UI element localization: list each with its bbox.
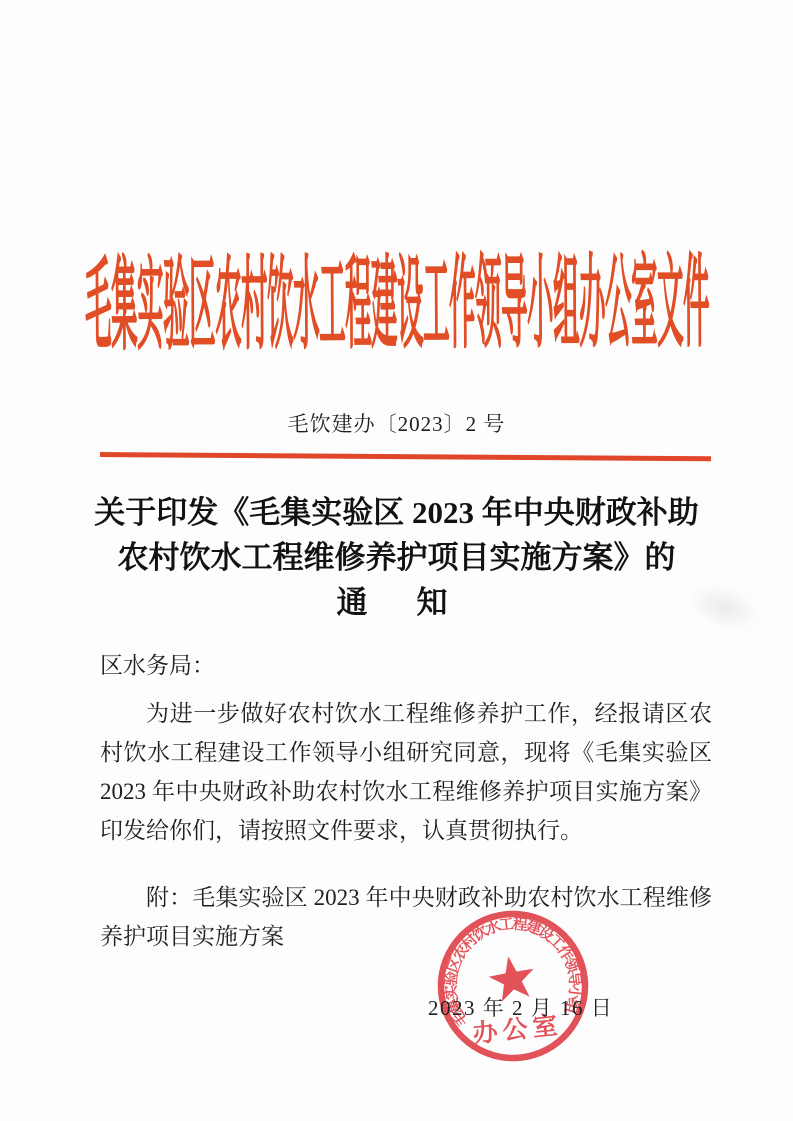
document-page: 毛集实验区农村饮水工程建设工作领导小组办公室文件 毛饮建办〔2023〕2 号 关… bbox=[0, 0, 793, 1121]
body-paragraph: 为进一步做好农村饮水工程维修养护工作，经报请区农村饮水工程建设工作领导小组研究同… bbox=[100, 694, 712, 850]
title-line-2: 农村饮水工程维修养护项目实施方案》的 bbox=[60, 535, 733, 580]
red-divider-rule bbox=[100, 452, 711, 461]
issue-date: 2023 年 2 月 16 日 bbox=[428, 992, 613, 1022]
official-seal: 毛集实验区农村饮水工程建设工作领导小组 办公室 bbox=[403, 876, 623, 1096]
title-line-1: 关于印发《毛集实验区 2023 年中央财政补助 bbox=[60, 490, 733, 535]
red-header-masthead: 毛集实验区农村饮水工程建设工作领导小组办公室文件 bbox=[0, 238, 793, 350]
masthead-title: 毛集实验区农村饮水工程建设工作领导小组办公室文件 bbox=[84, 217, 709, 370]
document-title: 关于印发《毛集实验区 2023 年中央财政补助 农村饮水工程维修养护项目实施方案… bbox=[60, 490, 733, 625]
salutation: 区水务局： bbox=[100, 646, 712, 686]
title-line-3: 通 知 bbox=[60, 580, 733, 625]
document-number: 毛饮建办〔2023〕2 号 bbox=[0, 408, 793, 438]
